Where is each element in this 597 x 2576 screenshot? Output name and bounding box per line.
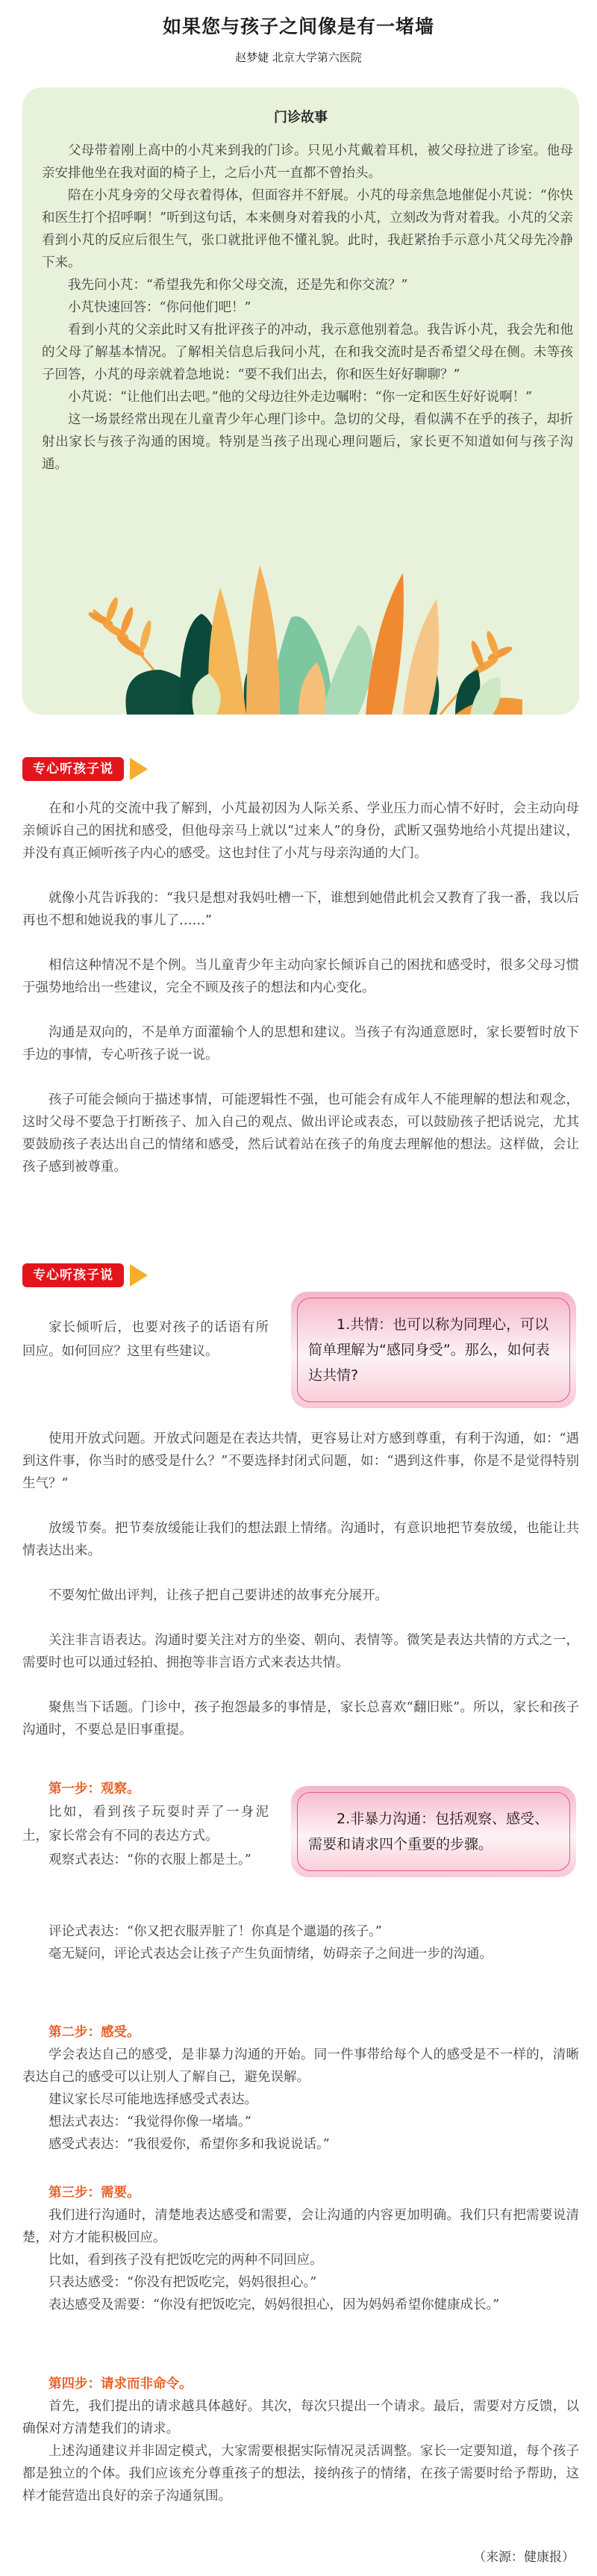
- step-title: 第二步：感受。: [22, 2021, 579, 2044]
- story-card: 门诊故事 父母带着刚上高中的小芃来到我的门诊。只见小芃戴着耳机，被父母拉进了诊室…: [22, 87, 579, 715]
- triangle-arrow-icon: [130, 758, 148, 780]
- step-line: 想法式表达：“我觉得你像一堵墙。”: [22, 2111, 579, 2133]
- section-label-respond: 专心听孩子说: [22, 1263, 148, 1287]
- step-line: 建议家长尽可能地选择感受式表达。: [22, 2088, 579, 2111]
- step-line: 毫无疑问，评论式表达会让孩子产生负面情绪，妨碍亲子之间进一步的沟通。: [22, 1943, 579, 1965]
- callout-text: 1.共情：也可以称为同理心，可以简单理解为“感同身受”。那么，如何表达共情?: [308, 1312, 559, 1388]
- step-line: 比如，看到孩子玩耍时弄了一身泥土，家长常会有不同的表达方式。: [22, 1800, 269, 1848]
- step2-block: 第二步：感受。 学会表达自己的感受，是非暴力沟通的开始。同一件事带给每个人的感受…: [22, 2021, 579, 2156]
- step-line: 上述沟通建议并非固定模式，大家需要根据实际情况灵活调整。家长一定要知道，每个孩子…: [22, 2440, 579, 2507]
- leaf-plant-illustration: [22, 565, 579, 715]
- body-paragraph: 相信这种情况不是个例。当儿童青少年主动向家长倾诉自己的困扰和感受时，很多父母习惯…: [22, 954, 579, 999]
- tip-paragraph: 不要匆忙做出评判，让孩子把自己要讲述的故事充分展开。: [22, 1584, 579, 1607]
- step1-block: 第一步：观察。 比如，看到孩子玩耍时弄了一身泥土，家长常会有不同的表达方式。 观…: [22, 1778, 269, 1872]
- article-byline: 赵梦婕 北京大学第六医院: [0, 49, 597, 65]
- story-paragraph: 父母带着刚上高中的小芃来到我的门诊。只见小芃戴着耳机，被父母拉进了诊室。他母亲安…: [42, 140, 573, 184]
- body-paragraph: 孩子可能会倾向于描述事情，可能逻辑性不强，也可能会有成年人不能理解的想法和观念，…: [22, 1089, 579, 1178]
- section1-body: 在和小芃的交流中我了解到，小芃最初因为人际关系、学业压力而心情不好时，会主动向母…: [22, 797, 579, 1178]
- step3-block: 第三步：需要。 我们进行沟通时，清楚地表达感受和需要，会让沟通的内容更加明确。我…: [22, 2182, 579, 2316]
- body-paragraph: 沟通是双向的，不是单方面灌输个人的思想和建议。当孩子有沟通意愿时，家长要暂时放下…: [22, 1021, 579, 1066]
- step-line: 我们进行沟通时，清楚地表达感受和需要，会让沟通的内容更加明确。我们只有把需要说清…: [22, 2204, 579, 2249]
- body-paragraph: 就像小芃告诉我的：“我只是想对我妈吐槽一下，谁想到她借此机会又教育了我一番，我以…: [22, 887, 579, 932]
- callout-empathy: 1.共情：也可以称为同理心，可以简单理解为“感同身受”。那么，如何表达共情?: [291, 1292, 576, 1408]
- intro-paragraph: 家长倾听后，也要对孩子的话语有所回应。如何回应？这里有些建议。: [22, 1316, 269, 1363]
- section-label-text: 专心听孩子说: [22, 757, 124, 781]
- section-label-listen: 专心听孩子说: [22, 757, 148, 781]
- section2-intro: 家长倾听后，也要对孩子的话语有所回应。如何回应？这里有些建议。: [22, 1316, 269, 1363]
- story-paragraph: 我先问小芃：“希望我先和你父母交流，还是先和你交流？”: [42, 274, 573, 296]
- step-line: 观察式表达：“你的衣服上都是土。”: [22, 1848, 269, 1872]
- step-line: 感受式表达：“我很爱你，希望你多和我说说话。”: [22, 2133, 579, 2156]
- story-heading: 门诊故事: [22, 107, 579, 126]
- step-line: 比如，看到孩子没有把饭吃完的两种不同回应。: [22, 2249, 579, 2271]
- tip-paragraph: 聚焦当下话题。门诊中，孩子抱怨最多的事情是，家长总喜欢“翻旧账”。所以，家长和孩…: [22, 1696, 579, 1741]
- tip-paragraph: 关注非言语表达。沟通时要关注对方的坐姿、朝向、表情等。微笑是表达共情的方式之一，…: [22, 1629, 579, 1674]
- step-line: 学会表达自己的感受，是非暴力沟通的开始。同一件事带给每个人的感受是不一样的，清晰…: [22, 2044, 579, 2088]
- story-paragraph: 小芃说：“让他们出去吧。”他的父母边往外走边嘱咐：“你一定和医生好好说啊！”: [42, 386, 573, 408]
- step-line: 只表达感受：“你没有把饭吃完，妈妈很担心。”: [22, 2271, 579, 2294]
- step-title: 第一步：观察。: [22, 1778, 269, 1800]
- step-title: 第四步：请求而非命令。: [22, 2373, 579, 2395]
- source-credit: （来源：健康报）: [473, 2546, 575, 2565]
- triangle-arrow-icon: [130, 1264, 148, 1287]
- article-title: 如果您与孩子之间像是有一堵墙: [0, 12, 597, 39]
- callout-text: 2.非暴力沟通：包括观察、感受、需要和请求四个重要的步骤。: [308, 1806, 559, 1857]
- step4-block: 第四步：请求而非命令。 首先，我们提出的请求越具体越好。其次，每次只提出一个请求…: [22, 2373, 579, 2507]
- section2-tips: 使用开放式问题。开放式问题是在表达共情，更容易让对方感到尊重，有利于沟通，如：“…: [22, 1428, 579, 1741]
- callout-nonviolent: 2.非暴力沟通：包括观察、感受、需要和请求四个重要的步骤。: [291, 1786, 576, 1877]
- step-line: 表达感受及需要：“你没有把饭吃完，妈妈很担心，因为妈妈希望你健康成长。”: [22, 2294, 579, 2316]
- section-label-text: 专心听孩子说: [22, 1263, 124, 1287]
- story-paragraph: 陪在小芃身旁的父母衣着得体，但面容并不舒展。小芃的母亲焦急地催促小芃说：“你快和…: [42, 184, 573, 274]
- body-paragraph: 在和小芃的交流中我了解到，小芃最初因为人际关系、学业压力而心情不好时，会主动向母…: [22, 797, 579, 865]
- step1-continued: 评论式表达：“你又把衣服弄脏了！你真是个邋遢的孩子。” 毫无疑问，评论式表达会让…: [22, 1920, 579, 1965]
- story-paragraph: 小芃快速回答：“你问他们吧！”: [42, 296, 573, 319]
- story-paragraph: 看到小芃的父亲此时又有批评孩子的冲动，我示意他别着急。我告诉小芃，我会先和他的父…: [42, 319, 573, 386]
- story-body: 父母带着刚上高中的小芃来到我的门诊。只见小芃戴着耳机，被父母拉进了诊室。他母亲安…: [42, 140, 573, 476]
- tip-paragraph: 放缓节奏。把节奏放缓能让我们的想法跟上情绪。沟通时，有意识地把节奏放缓，也能让共…: [22, 1517, 579, 1562]
- story-paragraph: 这一场景经常出现在儿童青少年心理门诊中。急切的父母，看似满不在乎的孩子，却折射出…: [42, 408, 573, 476]
- tip-paragraph: 使用开放式问题。开放式问题是在表达共情，更容易让对方感到尊重，有利于沟通，如：“…: [22, 1428, 579, 1495]
- step-title: 第三步：需要。: [22, 2182, 579, 2204]
- step-line: 评论式表达：“你又把衣服弄脏了！你真是个邋遢的孩子。”: [22, 1920, 579, 1943]
- step-line: 首先，我们提出的请求越具体越好。其次，每次只提出一个请求。最后，需要对方反馈，以…: [22, 2395, 579, 2440]
